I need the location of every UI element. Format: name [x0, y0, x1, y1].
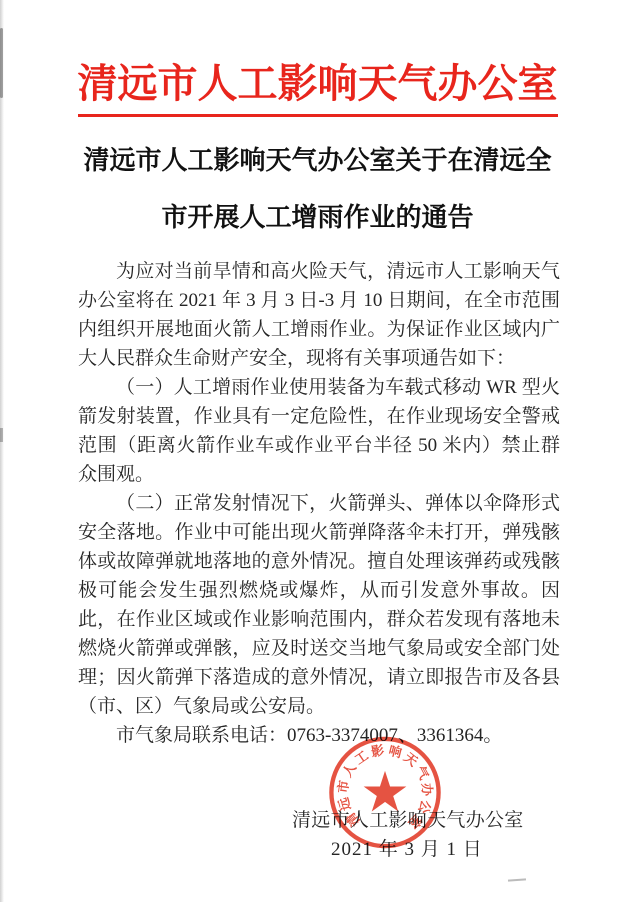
notice-body: 为应对当前旱情和高火险天气，清远市人工影响天气办公室将在 2021 年 3 月 …	[78, 257, 560, 750]
letterhead: 清远市人工影响天气办公室	[0, 52, 619, 117]
scan-artifact	[0, 428, 3, 442]
seal-char: 办	[419, 783, 435, 798]
seal-char: 工	[352, 748, 371, 768]
seal-char: 市	[335, 779, 352, 794]
body-paragraph-item2: （二）正常发射情况下，火箭弹头、弹体以伞降形式安全落地。作业中可能出现火箭弹降落…	[78, 489, 560, 721]
body-paragraph-item1: （一）人工增雨作业使用装备为车载式移动 WR 型火箭发射装置，作业具有一定危险性…	[78, 373, 560, 489]
seal-char: 人	[339, 761, 359, 780]
seal-char: 天	[401, 749, 420, 769]
notice-title-line1: 清远市人工影响天气办公室关于在清远全	[16, 132, 619, 189]
signature-date: 2021 年 3 月 1 日	[331, 834, 483, 861]
seal-char: 气	[413, 763, 432, 782]
body-paragraph-intro: 为应对当前旱情和高火险天气，清远市人工影响天气办公室将在 2021 年 3 月 …	[78, 257, 560, 373]
notice-title: 清远市人工影响天气办公室关于在清远全 市开展人工增雨作业的通告	[0, 132, 619, 246]
notice-title-line2: 市开展人工增雨作业的通告	[16, 189, 619, 246]
document-page: 清远市人工影响天气办公室 清远市人工影响天气办公室关于在清远全 市开展人工增雨作…	[0, 0, 619, 902]
scan-artifact	[508, 878, 526, 881]
body-paragraph-contact: 市气象局联系电话：0763-3374007、3361364。	[78, 721, 560, 750]
signature-org-name: 清远市人工影响天气办公室	[292, 805, 524, 832]
header-org-name: 清远市人工影响天气办公室	[78, 52, 558, 117]
